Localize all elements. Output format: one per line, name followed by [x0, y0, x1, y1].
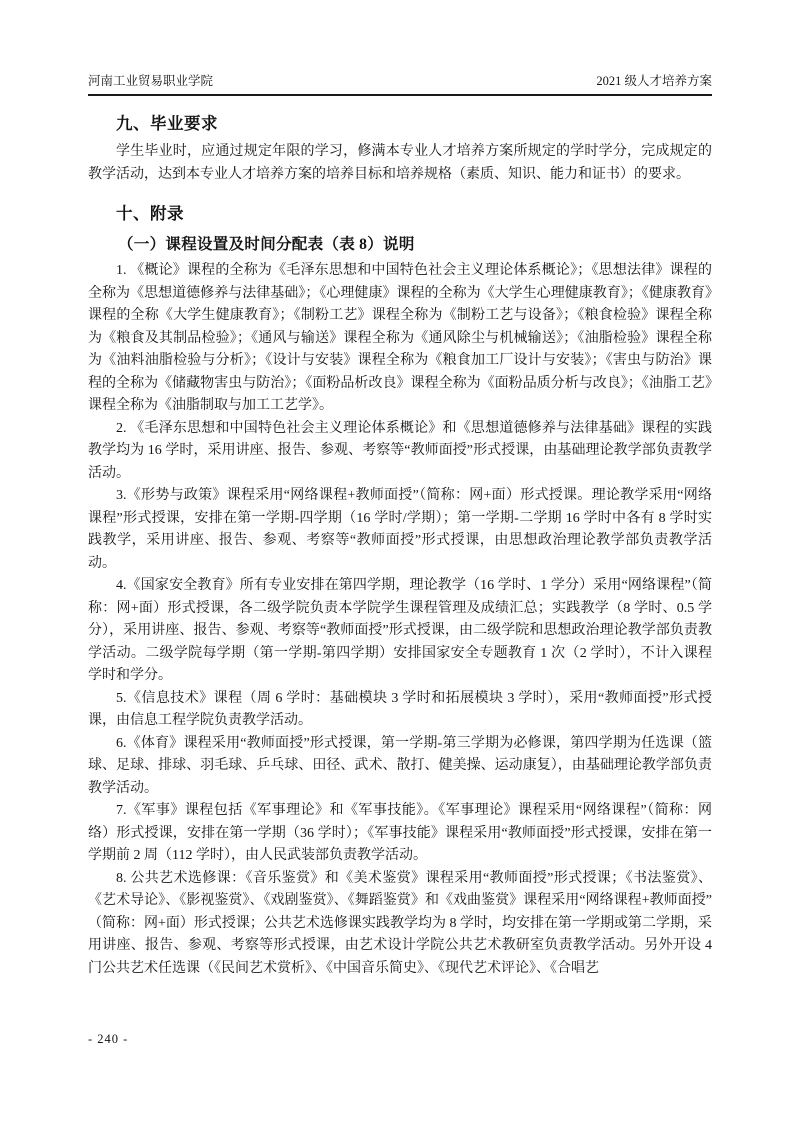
- document-page: 河南工业贸易职业学院 2021 级人才培养方案 九、毕业要求 学生毕业时，应通过…: [0, 0, 793, 1122]
- appendix-note-7: 7.《军事》课程包括《军事理论》和《军事技能》。《军事理论》课程采用“网络课程”…: [88, 800, 712, 868]
- page-content: 河南工业贸易职业学院 2021 级人才培养方案 九、毕业要求 学生毕业时，应通过…: [88, 72, 712, 980]
- section-title-graduation-requirements: 九、毕业要求: [88, 110, 712, 134]
- appendix-note-8: 8. 公共艺术选修课：《音乐鉴赏》和《美术鉴赏》课程采用“教师面授”形式授课；《…: [88, 868, 712, 981]
- appendix-note-5: 5.《信息技术》课程（周 6 学时：基础模块 3 学时和拓展模块 3 学时），采…: [88, 688, 712, 733]
- header-school-name: 河南工业贸易职业学院: [88, 72, 213, 90]
- appendix-note-4: 4.《国家安全教育》所有专业安排在第四学期，理论教学（16 学时、1 学分）采用…: [88, 575, 712, 688]
- appendix-subtitle-course-table-notes: （一）课程设置及时间分配表（表 8）说明: [88, 232, 712, 254]
- appendix-note-2: 2. 《毛泽东思想和中国特色社会主义理论体系概论》和《思想道德修养与法律基础》课…: [88, 418, 712, 486]
- header-doc-title: 2021 级人才培养方案: [596, 72, 712, 90]
- appendix-note-6: 6.《体育》课程采用“教师面授”形式授课，第一学期-第三学期为必修课，第四学期为…: [88, 733, 712, 801]
- page-number: - 240 -: [88, 1032, 128, 1046]
- section-title-appendix: 十、附录: [88, 200, 712, 224]
- appendix-note-3: 3.《形势与政策》课程采用“网络课程+教师面授”（简称：网+面）形式授课。理论教…: [88, 485, 712, 575]
- page-footer: - 240 -: [88, 1032, 128, 1047]
- appendix-note-1: 1. 《概论》课程的全称为《毛泽东思想和中国特色社会主义理论体系概论》；《思想法…: [88, 260, 712, 418]
- page-header: 河南工业贸易职业学院 2021 级人才培养方案: [88, 72, 712, 96]
- graduation-requirements-paragraph: 学生毕业时，应通过规定年限的学习，修满本专业人才培养方案所规定的学时学分，完成规…: [88, 141, 712, 186]
